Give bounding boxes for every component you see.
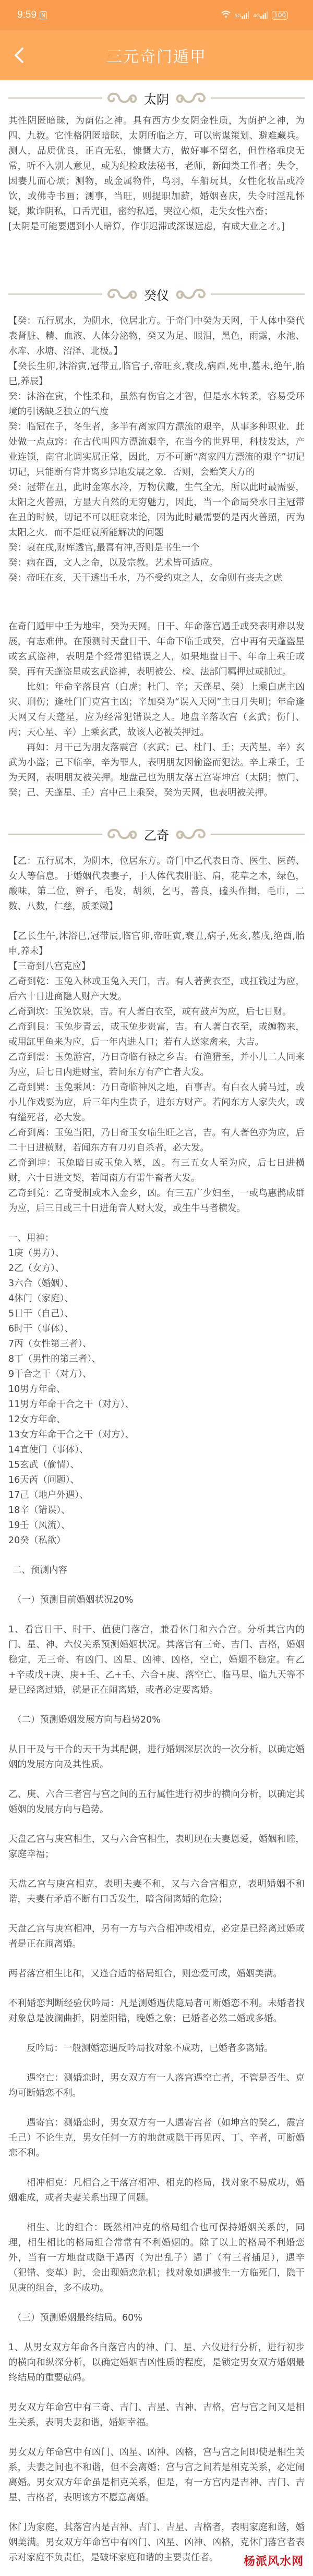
list-item: 12女方年命、 — [8, 1412, 305, 1427]
subsection-heading: 二、预测内容 — [8, 1563, 305, 1578]
divider-line — [211, 97, 305, 99]
watermark-logo: 杨派风水网 — [244, 2553, 304, 2569]
nav-bar: 三元奇门遁甲 — [0, 30, 313, 80]
subsection-heading: （二）预测婚姻发展方向与趋势20% — [8, 1713, 305, 1728]
paragraph: 癸：沐浴在寅，个性柔和，虽然有伤官之才智，但是水木转柔，容易受环境的引诱缺乏独立… — [8, 389, 305, 420]
paragraph: 【乙：五行属木，为阴木，位居东方。奇门中乙代表日奇、医生、医药、女人等信息。于婚… — [8, 854, 305, 914]
paragraph: 乙、庚、六合三者宫与宫之间的五行属性进行初步的横向分析，以确定其婚姻的发展方向与… — [8, 1787, 305, 1817]
list-item: 17己（地户外遇）、 — [8, 1488, 305, 1503]
paragraph: 反吟局：一般测婚恋遇反吟局找对象不成功，已婚者多离婚。 — [8, 2041, 305, 2056]
article-content: 太阴 其性阴匿暗昧，为荫佑之神。具有西方少女阴金性质，为荫护之神，为四、九数。它… — [0, 82, 313, 2576]
list-item: 15玄武（偷情）、 — [8, 1458, 305, 1473]
paragraph: 乙奇到震：玉兔游宫，乃日奇临有禄之乡吉。有渔猎至，并小儿二人同来为应，后七日内进… — [8, 1050, 305, 1080]
status-time: 9:59 — [17, 9, 37, 21]
list-item: 1庚（男方）、 — [8, 1246, 305, 1261]
status-bar: 9:59 N 5G 4G 100 — [0, 0, 313, 30]
paragraph: 乙奇到乾：玉兔入林或玉兔入天门，吉。有人著黄衣至，或扛钱过为应，后六十日进商隐人… — [8, 974, 305, 1005]
paragraph: 【癸长生卯,沐浴寅,冠带丑,临官子,帝旺亥,衰戌,病酉,死申,墓未,绝午,胎巳,… — [8, 359, 305, 389]
list-item: 14直使门（事体）、 — [8, 1443, 305, 1458]
section-header-taiyin: 太阴 — [8, 82, 305, 114]
paragraph: 1、看宫日干、时干、值使门落宫，兼看休门和六合宫。分析其宫内的门、星、神、六仪关… — [8, 1622, 305, 1698]
list-item: 19壬（风流）、 — [8, 1518, 305, 1533]
list-item: 9干合之干（对方）、 — [8, 1367, 305, 1382]
paragraph: 乙奇到离：玉兔当阳，乃日奇玉女临生旺之宫，吉。有人著色亦为应，后二十日进横财，若… — [8, 1126, 305, 1156]
paragraph: 相生、比的组合：既然相冲克的格局组合也可保持婚姻关系的，同理，相生相比的格局组合… — [8, 2220, 305, 2296]
paragraph: 乙奇到坎：玉兔饮泉，吉。有人著白衣至，或有鼓声为应，后七日财。 — [8, 1005, 305, 1020]
list-item: 6时干（事体）、 — [8, 1322, 305, 1337]
wifi-icon — [221, 10, 231, 20]
paragraph: 天盘乙宫与庚宫相克，表明夫妻不和，又与六合宫相克，表明婚姻不和谐，夫妻有矛盾不断… — [8, 1877, 305, 1907]
paragraph: 1、从男女双方年命各自落宫内的神、门、星、六仪进行分析，进行初步的横向和纵深分析… — [8, 2340, 305, 2386]
paragraph: 在奇门遁甲中壬为地牢，癸为天网。日干、年命落宫遇壬或癸表明难以发展，有志难伸。在… — [8, 619, 305, 680]
section-header-guiyi: 癸仪 — [8, 278, 305, 310]
paragraph: 遇寄宫：测婚恋时，男女双方有一人遇寄宫者（如坤宫的癸乙，震宫壬己）不论生克，男女… — [8, 2116, 305, 2161]
paragraph: 癸：冠带在丑，此时金寒水冷，万物伏藏，生气全无，所以此时最需要，太阳之火普照，方… — [8, 480, 305, 541]
page: 9:59 N 5G 4G 100 三元奇门遁甲 — [0, 0, 313, 2576]
signal-4g-icon: 4G — [253, 11, 268, 19]
back-button[interactable] — [9, 46, 28, 65]
section-title: 癸仪 — [144, 285, 169, 303]
list-item: 2乙（女方）、 — [8, 1261, 305, 1276]
scroll-ornament-icon — [175, 286, 207, 302]
scroll-ornament-icon — [175, 826, 207, 842]
paragraph: 其性阴匿暗昧，为荫佑之神。具有西方少女阴金性质，为荫护之神，为四、九数。它性格阴… — [8, 114, 305, 219]
paragraph: 男女双方年命宫中有凶门、凶星、凶神、凶格，宫与宫之间即使是相生关系，夫妻之间也不… — [8, 2445, 305, 2506]
chevron-left-icon — [14, 47, 24, 64]
paragraph: 癸：帝旺在亥，天干透出壬水，乃不受约束之人，女命则有丧夫之虑 — [8, 571, 305, 586]
section-title: 乙奇 — [144, 825, 169, 844]
paragraph: 【乙长生午,沐浴巳,冠带辰,临官卯,帝旺寅,衰丑,病子,死亥,墓戌,绝酉,胎申,… — [8, 929, 305, 959]
list-heading: 一、用神： — [8, 1231, 305, 1246]
paragraph: 男女双方年命宫中有三奇、吉门、吉星、吉神、吉格，宫与宫之间又是相生关系，表明夫妻… — [8, 2400, 305, 2431]
paragraph: 乙奇到巽：玉兔乘风：乃日奇临神风之地，百事吉。有白衣人骑马过，或小儿作戏耍为应，… — [8, 1080, 305, 1126]
list-item: 7丙（女性第三者）、 — [8, 1337, 305, 1352]
divider-line — [8, 834, 102, 835]
paragraph: 乙奇到艮：玉兔步青云，或玉兔步贵富，吉。有人著白衣至，或缠物来，或用缸里鱼来为应… — [8, 1020, 305, 1050]
divider-line — [211, 294, 305, 295]
list-item: 11男方年命干合之干（对方）、 — [8, 1397, 305, 1412]
paragraph: 从日干及与干合的天干为其配偶，进行婚姻深层次的一次分析，以确定婚姻的发展方向及其… — [8, 1742, 305, 1773]
section-title: 太阴 — [144, 89, 169, 107]
nfc-icon: N — [40, 11, 47, 19]
list-item: 10男方年命、 — [8, 1382, 305, 1397]
section-header-yiqi: 乙奇 — [8, 819, 305, 850]
paragraph: 两者落宫相生比和，又逢合适的格局组合，则恋爱可成，婚姻美满。 — [8, 1967, 305, 1982]
paragraph: 癸：衰在戌,财库透官,最喜有冲,否则是书生一个 — [8, 541, 305, 556]
paragraph: 癸：临冠在子，冬生者，多半有离家四方漂流的艰辛，从事多种职业．此处做一点点窍：在… — [8, 420, 305, 480]
divider-line — [8, 294, 102, 295]
list-item: 20癸（私欲） — [8, 1533, 305, 1548]
signal-5g-icon: 5G — [235, 11, 249, 19]
paragraph: 比如：年命辛落艮宫（白虎；杜门、辛；天蓬星、癸）上乘白虎主凶灾、刑伤；逢杜门门克… — [8, 680, 305, 740]
paragraph: 乙奇到坤：玉兔暗日或玉兔入墓，凶。有三五女人至为应，后七日进横财，六十日进文契，… — [8, 1156, 305, 1186]
paragraph: [太阴是可能要遇到小人暗算，作事迟滞或深谋远虑，有成大业之才。] — [8, 219, 305, 235]
list-item: 13女方年命干合之干（对方）、 — [8, 1427, 305, 1443]
paragraph: 【三奇到八宫克应】 — [8, 959, 305, 974]
paragraph: 遇空亡：测婚恋时，男女双方有一人落宫遇空亡者，不管是否生、克均可断婚恋不利。 — [8, 2071, 305, 2101]
scroll-ornament-icon — [106, 286, 138, 302]
divider-line — [8, 97, 102, 99]
subsection-heading: （一）预测目前婚姻状况20% — [8, 1593, 305, 1608]
battery-icon: 100 — [272, 11, 288, 20]
divider-line — [211, 834, 305, 835]
page-title: 三元奇门遁甲 — [106, 44, 207, 67]
subsection-heading: （三）预测婚姻最终结局。60% — [8, 2311, 305, 2326]
scroll-ornament-icon — [175, 90, 207, 106]
paragraph: 不利婚恋判断经验伏吟局：凡是测婚遇伏隐局者可断婚恋不利。未婚者找对象总是波澜曲折… — [8, 1996, 305, 2026]
paragraph: 相冲相克：凡相合之干落宫相冲、相克的格局，找对象不易成功，婚姻难成，或者夫妻关系… — [8, 2176, 305, 2206]
paragraph: 天盘乙宫与庚宫相冲，另有一方与六合相冲或相克，必定是已经离过婚或者是正在闹离婚。 — [8, 1922, 305, 1952]
yongshen-list: 1庚（男方）、 2乙（女方）、 3六合（婚姻）、 4休门（家庭）、 5日干（自己… — [8, 1246, 305, 1548]
paragraph: 天盘乙宫与庚宫相生，又与六合宫相生，表明现在夫妻恩爱，婚姻和睦，家庭幸福； — [8, 1832, 305, 1862]
paragraph: 乙奇到兑：乙奇受制或木入金乡，凶。有三五广少妇至，一或鸟惠鹊成群为应，后三日或三… — [8, 1186, 305, 1216]
list-item: 18辛（错误）、 — [8, 1503, 305, 1518]
scroll-ornament-icon — [106, 90, 138, 106]
list-item: 4休门（家庭）、 — [8, 1291, 305, 1307]
list-item: 16天芮（问题）、 — [8, 1473, 305, 1488]
paragraph: 【癸：五行属水，为阴水，位居北方。于奇门中癸为天网，于人体中癸代表肾脏、精、血液… — [8, 314, 305, 359]
list-item: 3六合（婚姻）、 — [8, 1276, 305, 1291]
scroll-ornament-icon — [106, 826, 138, 842]
list-item: 8丁（男性的第三者）、 — [8, 1352, 305, 1367]
paragraph: 癸：病在酉，文人之命，以及宗教。艺术皆可适应。 — [8, 556, 305, 571]
paragraph: 再如：月干己为朋友落震宫（玄武；己、杜门、壬；天芮星、辛）玄武为小盗；己下临辛，… — [8, 740, 305, 801]
list-item: 5日干（自己）、 — [8, 1307, 305, 1322]
